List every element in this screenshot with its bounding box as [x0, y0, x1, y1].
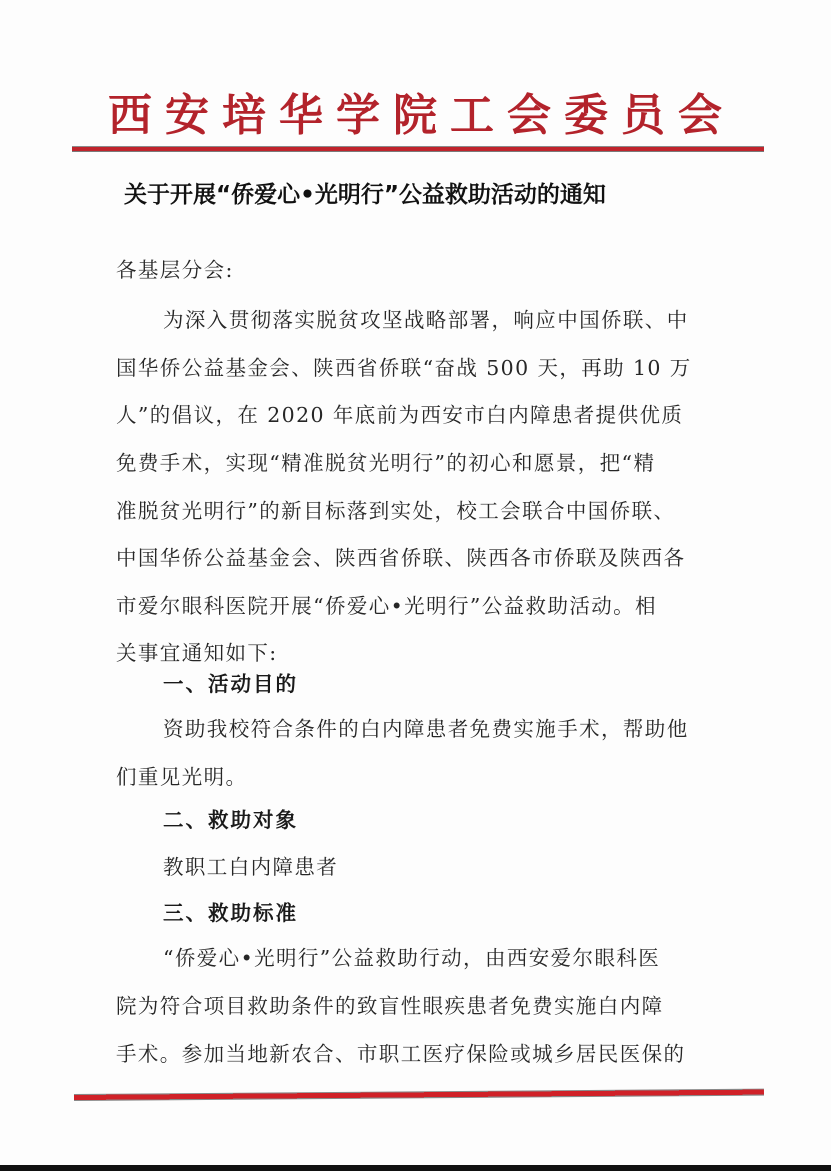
- section-line: “侨爱心•光明行”公益救助行动，由西安爱尔眼科医: [163, 943, 660, 973]
- document-title: 关于开展“侨爱心•光明行”公益救助活动的通知: [124, 177, 744, 213]
- intro-line: 国华侨公益基金会、陕西省侨联“奋战 500 天，再助 10 万: [116, 353, 692, 383]
- section-line: 院为符合项目救助条件的致盲性眼疾患者免费实施白内障: [116, 991, 664, 1021]
- intro-line: 为深入贯彻落实脱贫攻坚战略部署，响应中国侨联、中: [163, 305, 689, 335]
- document-page: 西安培华学院工会委员会 关于开展“侨爱心•光明行”公益救助活动的通知 各基层分会…: [0, 0, 831, 1165]
- letterhead-red-rule: [72, 146, 764, 152]
- section-heading-target: 二、救助对象: [163, 805, 298, 835]
- footer-red-rule: [74, 1089, 764, 1101]
- section-line: 资助我校符合条件的白内障患者免费实施手术，帮助他: [163, 714, 689, 744]
- intro-line: 准脱贫光明行”的新目标落到实处，校工会联合中国侨联、: [116, 496, 675, 526]
- letterhead-organization: 西安培华学院工会委员会: [108, 88, 728, 144]
- intro-line: 市爱尔眼科医院开展“侨爱心•光明行”公益救助活动。相: [116, 591, 657, 621]
- intro-line: 免费手术，实现“精准脱贫光明行”的初心和愿景，把“精: [116, 448, 655, 478]
- intro-line: 中国华侨公益基金会、陕西省侨联、陕西各市侨联及陕西各: [116, 543, 685, 573]
- section-line: 手术。参加当地新农合、市职工医疗保险或城乡居民医保的: [116, 1039, 685, 1069]
- section-heading-standard: 三、救助标准: [163, 898, 298, 928]
- intro-line: 人”的倡议，在 2020 年底前为西安市白内障患者提供优质: [116, 400, 683, 430]
- page-bottom-edge: [0, 1165, 831, 1171]
- intro-line: 关事宜通知如下:: [116, 638, 278, 668]
- section-line: 教职工白内障患者: [163, 852, 338, 882]
- salutation: 各基层分会:: [116, 255, 234, 285]
- section-heading-purpose: 一、活动目的: [163, 669, 298, 699]
- section-line: 们重见光明。: [116, 762, 247, 792]
